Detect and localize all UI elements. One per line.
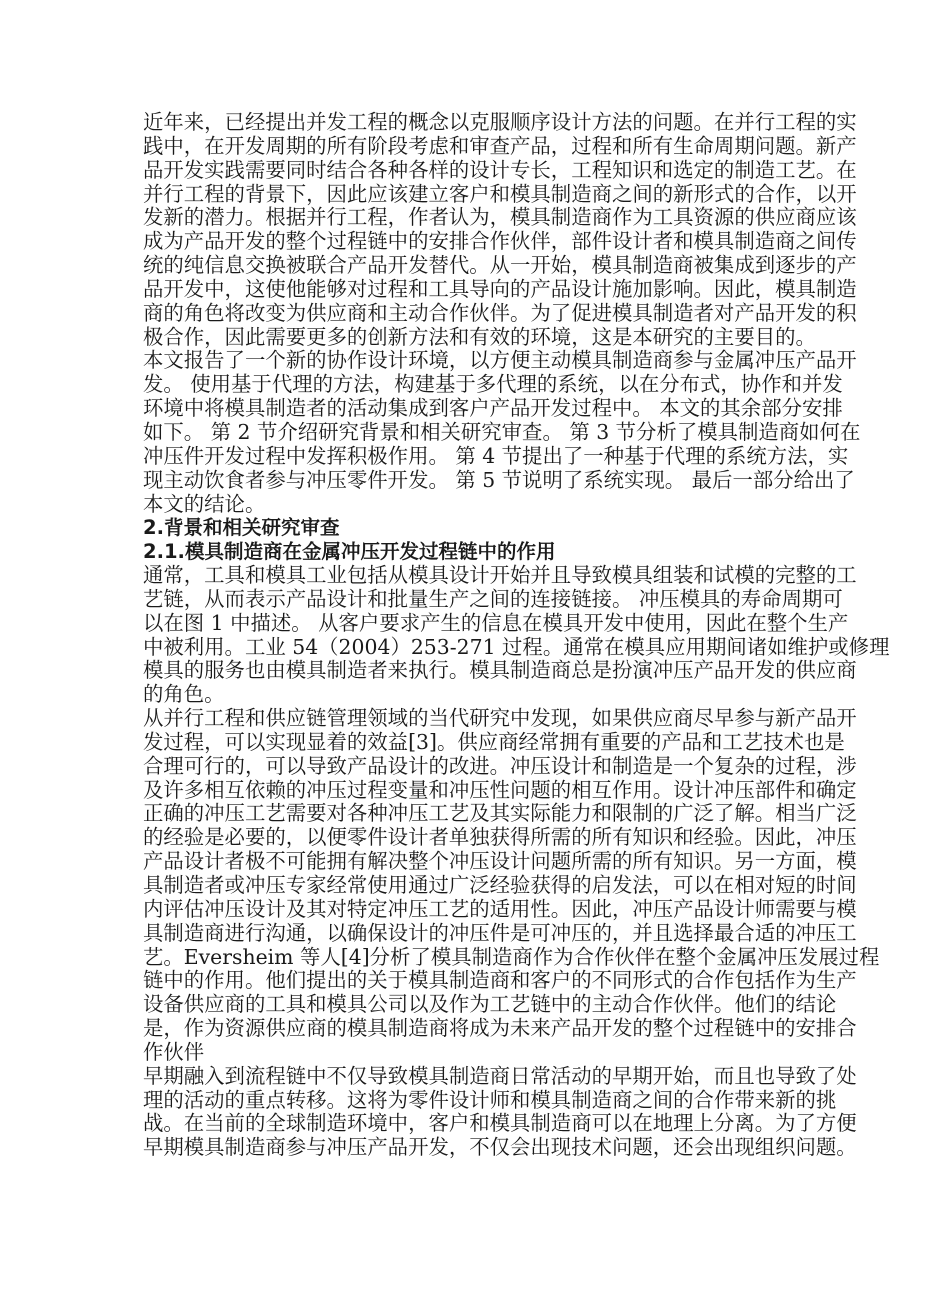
text-line: 通常，工具和模具工业包括从模具设计开始并且导致模具组装和试模的完整的工 <box>143 564 786 588</box>
text-line: 及许多相互依赖的冲压过程变量和冲压性问题的相互作用。设计冲压部件和确定 <box>143 779 786 803</box>
text-line: 设备供应商的工具和模具公司以及作为工艺链中的主动合作伙伴。他们的结论 <box>143 993 786 1017</box>
text-line: 作伙伴 <box>143 1041 786 1065</box>
text-line: 发过程，可以实现显着的效益[3]。供应商经常拥有重要的产品和工艺技术也是 <box>143 731 786 755</box>
text-line: 品开发实践需要同时结合各种各样的设计专长，工程知识和选定的制造工艺。在 <box>143 159 786 183</box>
paragraph-supplier-involvement: 从并行工程和供应链管理领域的当代研究中发现，如果供应商尽早参与新产品开 发过程，… <box>143 707 786 1065</box>
text-line: 成为产品开发的整个过程链中的安排合作伙伴，部件设计者和模具制造商之间传 <box>143 230 786 254</box>
paragraph-paper-outline: 本文报告了一个新的协作设计环境，以方便主动模具制造商参与金属冲压产品开 发。 使… <box>143 349 786 516</box>
text-line: 合理可行的，可以导致产品设计的改进。冲压设计和制造是一个复杂的过程，涉 <box>143 755 786 779</box>
text-line: 早期模具制造商参与冲压产品开发，不仅会出现技术问题，还会出现组织问题。 <box>143 1136 786 1160</box>
text-line: 早期融入到流程链中不仅导致模具制造商日常活动的早期开始，而且也导致了处 <box>143 1065 786 1089</box>
text-line: 是，作为资源供应商的模具制造商将成为未来产品开发的整个过程链中的安排合 <box>143 1017 786 1041</box>
text-line: 发。 使用基于代理的方法，构建基于多代理的系统，以在分布式，协作和并发 <box>143 373 786 397</box>
text-line: 环境中将模具制造者的活动集成到客户产品开发过程中。 本文的其余部分安排 <box>143 397 786 421</box>
paragraph-die-maker-role: 通常，工具和模具工业包括从模具设计开始并且导致模具组装和试模的完整的工 艺链，从… <box>143 564 786 707</box>
text-line: 并行工程的背景下，因此应该建立客户和模具制造商之间的新形式的合作，以开 <box>143 183 786 207</box>
text-line: 具制造商进行沟通，以确保设计的冲压件是可冲压的，并且选择最合适的冲压工 <box>143 922 786 946</box>
text-line: 本文的结论。 <box>143 493 786 517</box>
paragraph-intro-concurrent-engineering: 近年来，已经提出并发工程的概念以克服顺序设计方法的问题。在并行工程的实 践中，在… <box>143 111 786 349</box>
section-heading-2: 2.背景和相关研究审查 <box>143 516 786 540</box>
text-line: 从并行工程和供应链管理领域的当代研究中发现，如果供应商尽早参与新产品开 <box>143 707 786 731</box>
text-line: 战。在当前的全球制造环境中，客户和模具制造商可以在地理上分离。为了方便 <box>143 1112 786 1136</box>
text-line: 现主动饮食者参与冲压零件开发。 第 5 节说明了系统实现。 最后一部分给出了 <box>143 469 786 493</box>
text-line: 践中，在开发周期的所有阶段考虑和审查产品，过程和所有生命周期问题。新产 <box>143 135 786 159</box>
text-line: 统的纯信息交换被联合产品开发替代。从一开始，模具制造商被集成到逐步的产 <box>143 254 786 278</box>
text-line: 近年来，已经提出并发工程的概念以克服顺序设计方法的问题。在并行工程的实 <box>143 111 786 135</box>
text-line: 品开发中，这使他能够对过程和工具导向的产品设计施加影响。因此，模具制造 <box>143 278 786 302</box>
text-line: 理的活动的重点转移。这将为零件设计师和模具制造商之间的合作带来新的挑 <box>143 1089 786 1113</box>
text-line: 的经验是必要的，以便零件设计者单独获得所需的所有知识和经验。因此，冲压 <box>143 826 786 850</box>
text-line: 正确的冲压工艺需要对各种冲压工艺及其实际能力和限制的广泛了解。相当广泛 <box>143 802 786 826</box>
text-line: 的角色。 <box>143 683 786 707</box>
text-line: 极合作，因此需要更多的创新方法和有效的环境，这是本研究的主要目的。 <box>143 326 786 350</box>
paragraph-early-integration: 早期融入到流程链中不仅导致模具制造商日常活动的早期开始，而且也导致了处 理的活动… <box>143 1065 786 1160</box>
text-line: 中被利用。工业 54（2004）253-271 过程。通常在模具应用期间诸如维护… <box>143 636 786 660</box>
text-line: 艺链，从而表示产品设计和批量生产之间的连接链接。 冲压模具的寿命周期可 <box>143 588 786 612</box>
subsection-heading-2-1: 2.1.模具制造商在金属冲压开发过程链中的作用 <box>143 540 786 564</box>
text-line: 模具的服务也由模具制造者来执行。模具制造商总是扮演冲压产品开发的供应商 <box>143 659 786 683</box>
text-line: 发新的潜力。根据并行工程，作者认为，模具制造商作为工具资源的供应商应该 <box>143 206 786 230</box>
text-line: 链中的作用。他们提出的关于模具制造商和客户的不同形式的合作包括作为生产 <box>143 969 786 993</box>
document-page: 近年来，已经提出并发工程的概念以克服顺序设计方法的问题。在并行工程的实 践中，在… <box>143 111 786 1160</box>
text-line: 具制造者或冲压专家经常使用通过广泛经验获得的启发法，可以在相对短的时间 <box>143 874 786 898</box>
text-line: 艺。Eversheim 等人[4]分析了模具制造商作为合作伙伴在整个金属冲压发展… <box>143 946 786 970</box>
text-line: 以在图 1 中描述。 从客户要求产生的信息在模具开发中使用，因此在整个生产 <box>143 612 786 636</box>
text-line: 冲压件开发过程中发挥积极作用。 第 4 节提出了一种基于代理的系统方法，实 <box>143 445 786 469</box>
text-line: 本文报告了一个新的协作设计环境，以方便主动模具制造商参与金属冲压产品开 <box>143 349 786 373</box>
text-line: 产品设计者极不可能拥有解决整个冲压设计问题所需的所有知识。另一方面，模 <box>143 850 786 874</box>
text-line: 商的角色将改变为供应商和主动合作伙伴。为了促进模具制造者对产品开发的积 <box>143 302 786 326</box>
text-line: 内评估冲压设计及其对特定冲压工艺的适用性。因此，冲压产品设计师需要与模 <box>143 898 786 922</box>
text-line: 如下。 第 2 节介绍研究背景和相关研究审查。 第 3 节分析了模具制造商如何在 <box>143 421 786 445</box>
